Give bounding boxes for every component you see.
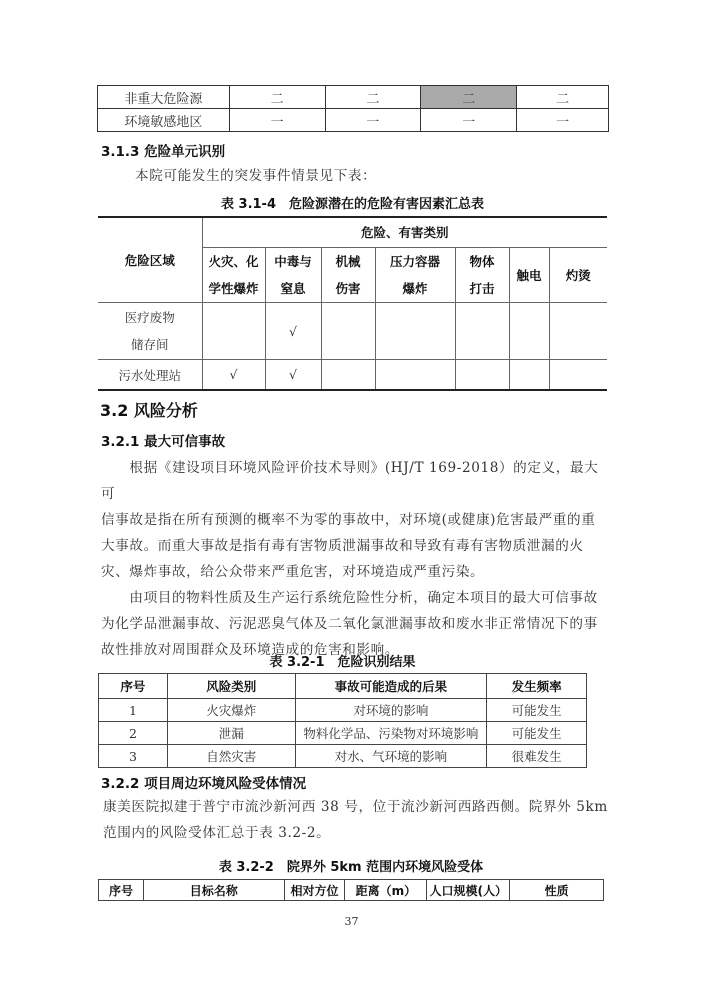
table-cell: 2 (99, 722, 168, 745)
hazard-factors-table: 危险区域 危险、有害类别 火灾、化学性爆炸 中毒与窒息 机械伤害 压力容器爆炸 … (98, 216, 607, 391)
section-heading-3-2-2: 3.2.2 项目周边环境风险受体情况 (101, 772, 306, 792)
column-header: 相对方位 (284, 880, 345, 901)
column-header-area: 危险区域 (98, 217, 202, 303)
column-header: 中毒与窒息 (265, 248, 321, 303)
paragraph-receptors: 康美医院拟建于普宁市流沙新河西 38 号，位于流沙新河西路西侧。院界外 5km … (103, 794, 613, 846)
table-cell (321, 360, 375, 391)
page-number: 37 (0, 915, 703, 928)
text-line: 灾、爆炸事故，给公众带来严重危害，对环境造成严重污染。 (101, 559, 611, 585)
column-header: 人口规模(人） (427, 880, 510, 901)
column-header: 灼烫 (549, 248, 607, 303)
table-header-row: 序号 目标名称 相对方位 距离（m） 人口规模(人） 性质 (99, 880, 604, 901)
column-header: 距离（m） (345, 880, 427, 901)
column-header: 序号 (99, 880, 144, 901)
table-row: 非重大危险源 二 二 二 二 (98, 86, 609, 109)
table-cell: 对环境的影响 (295, 699, 487, 722)
column-header: 物体打击 (455, 248, 509, 303)
table-cell: 物料化学品、污染物对环境影响 (295, 722, 487, 745)
table-row: 环境敏感地区 一 一 一 一 (98, 109, 609, 132)
table-cell: 二 (229, 86, 325, 109)
table-cell-highlighted: 二 (421, 86, 517, 109)
column-header: 触电 (509, 248, 549, 303)
table-row: 2 泄漏 物料化学品、污染物对环境影响 可能发生 (99, 722, 587, 745)
row-label: 医疗废物储存间 (98, 303, 202, 360)
table-cell: 自然灾害 (167, 745, 295, 768)
table-cell: 一 (229, 109, 325, 132)
table-caption-3-2-1: 表 3.2-1 危险识别结果 (98, 651, 587, 670)
column-header: 序号 (99, 674, 168, 699)
column-header: 风险类别 (167, 674, 295, 699)
column-header: 事故可能造成的后果 (295, 674, 487, 699)
column-header: 机械伤害 (321, 248, 375, 303)
table-cell (509, 303, 549, 360)
table-cell: 火灾爆炸 (167, 699, 295, 722)
table-cell: √ (265, 360, 321, 391)
hazard-level-table-continued: 非重大危险源 二 二 二 二 环境敏感地区 一 一 一 一 (97, 85, 609, 132)
table-cell: 一 (517, 109, 609, 132)
table-cell: 一 (421, 109, 517, 132)
table-cell: 可能发生 (487, 722, 587, 745)
table-cell: 二 (325, 86, 421, 109)
table-cell (202, 303, 265, 360)
risk-identification-table: 序号 风险类别 事故可能造成的后果 发生频率 1 火灾爆炸 对环境的影响 可能发… (98, 673, 587, 768)
table-cell: 3 (99, 745, 168, 768)
table-row: 医疗废物储存间 √ (98, 303, 607, 360)
table-cell (375, 360, 455, 391)
text-line: 范围内的风险受体汇总于表 3.2-2。 (103, 820, 613, 846)
table-cell (549, 360, 607, 391)
table-cell (509, 360, 549, 391)
text-line: 为化学品泄漏事故、污泥恶臭气体及二氧化氯泄漏事故和废水非正常情况下的事 (101, 611, 611, 637)
row-label: 污水处理站 (98, 360, 202, 391)
column-header: 目标名称 (143, 880, 284, 901)
text-line: 由项目的物料性质及生产运行系统危险性分析，确定本项目的最大可信事故 (101, 585, 611, 611)
table-header-row: 危险区域 危险、有害类别 (98, 217, 607, 248)
risk-receptors-table: 序号 目标名称 相对方位 距离（m） 人口规模(人） 性质 (98, 879, 604, 901)
row-label: 环境敏感地区 (98, 109, 230, 132)
text-line: 大事故。而重大事故是指有毒有害物质泄漏事故和导致有毒有害物质泄漏的火 (101, 533, 611, 559)
table-cell (549, 303, 607, 360)
text-line: 信事故是指在所有预测的概率不为零的事故中，对环境(或健康)危害最严重的重 (101, 507, 611, 533)
table-cell: 对水、气环境的影响 (295, 745, 487, 768)
table-header-row: 序号 风险类别 事故可能造成的后果 发生频率 (99, 674, 587, 699)
text-line: 根据《建设项目环境风险评价技术导则》(HJ/T 169-2018）的定义，最大可 (101, 455, 611, 507)
section-heading-3-2-1: 3.2.1 最大可信事故 (101, 430, 225, 450)
section-heading-3-2: 3.2 风险分析 (100, 398, 198, 421)
table-cell (321, 303, 375, 360)
paragraph-intro: 本院可能发生的突发事件情景见下表： (101, 163, 376, 189)
intro-text: 本院可能发生的突发事件情景见下表： (101, 168, 376, 184)
column-group-header: 危险、有害类别 (202, 217, 607, 248)
table-cell: 可能发生 (487, 699, 587, 722)
table-row: 3 自然灾害 对水、气环境的影响 很难发生 (99, 745, 587, 768)
column-header: 火灾、化学性爆炸 (202, 248, 265, 303)
table-row: 1 火灾爆炸 对环境的影响 可能发生 (99, 699, 587, 722)
table-cell: 一 (325, 109, 421, 132)
table-caption-3-2-2: 表 3.2-2 院界外 5km 范围内环境风险受体 (98, 856, 604, 875)
table-cell: 泄漏 (167, 722, 295, 745)
column-header: 性质 (510, 880, 604, 901)
table-cell (375, 303, 455, 360)
table-cell (455, 303, 509, 360)
table-cell (455, 360, 509, 391)
row-label: 非重大危险源 (98, 86, 230, 109)
text-line: 康美医院拟建于普宁市流沙新河西 38 号，位于流沙新河西路西侧。院界外 5km (103, 794, 613, 820)
table-cell: 很难发生 (487, 745, 587, 768)
table-row: 污水处理站 √ √ (98, 360, 607, 391)
table-cell: √ (265, 303, 321, 360)
column-header: 压力容器爆炸 (375, 248, 455, 303)
table-cell: 二 (517, 86, 609, 109)
table-cell: 1 (99, 699, 168, 722)
column-header: 发生频率 (487, 674, 587, 699)
paragraph-definition: 根据《建设项目环境风险评价技术导则》(HJ/T 169-2018）的定义，最大可… (101, 455, 611, 663)
table-caption-3-1-4: 表 3.1-4 危险源潜在的危险有害因素汇总表 (98, 193, 607, 212)
section-heading-3-1-3: 3.1.3 危险单元识别 (101, 140, 225, 160)
table-cell: √ (202, 360, 265, 391)
